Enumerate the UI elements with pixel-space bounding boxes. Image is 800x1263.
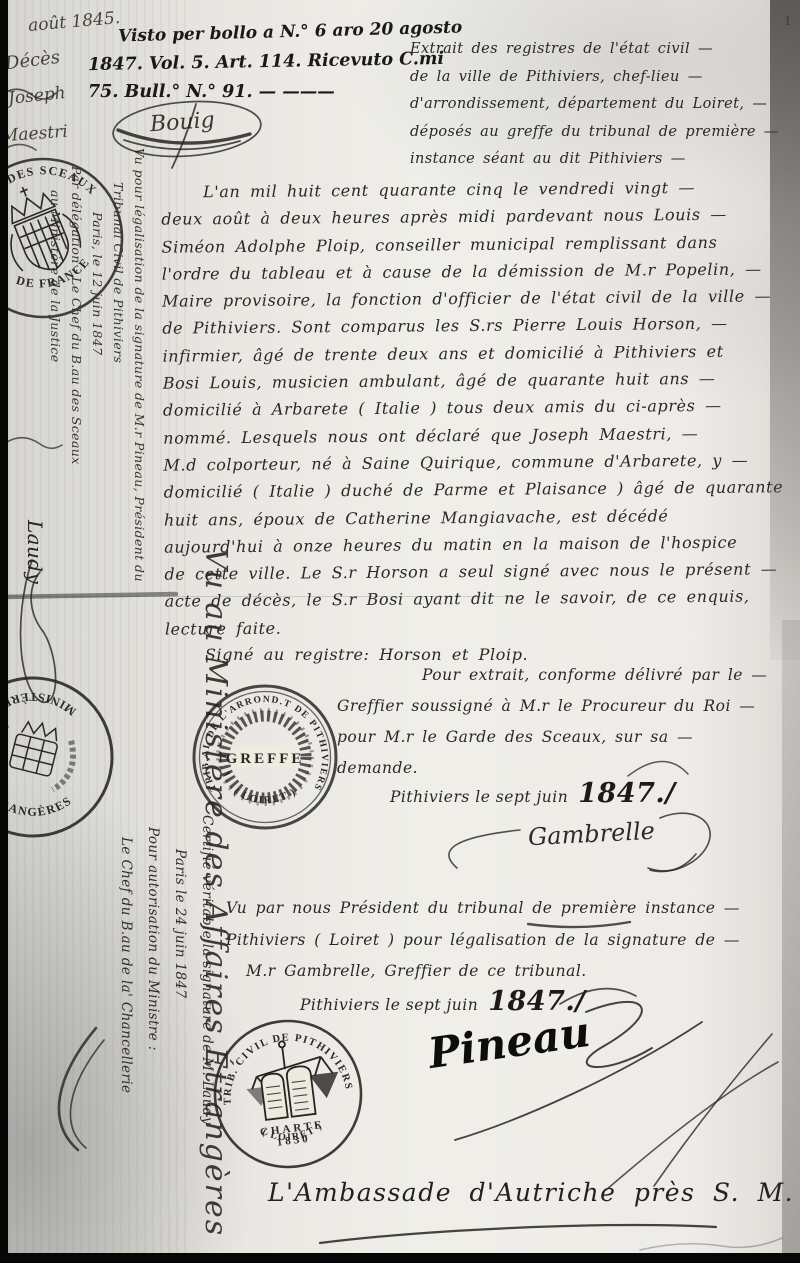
greffier-year: 1847./ xyxy=(578,778,675,809)
greffier-cert-line: Pour extrait, conforme délivré par le — xyxy=(422,660,767,691)
greffier-place-date: Pithiviers le sept juin xyxy=(390,788,568,806)
scan-edge-right-top xyxy=(770,0,800,660)
greffe-stamp-center-text: GREFFE xyxy=(226,751,305,767)
foreign-legalisation-note: Certifié véritable la signature de M. La… xyxy=(55,815,220,1263)
heading-line: d'arrondissement, département du Loiret,… xyxy=(410,91,778,119)
act-body: L'an mil huit cent quarante cinq le vend… xyxy=(161,173,777,642)
greffier-signature: Gambrelle xyxy=(527,817,655,852)
justice-legalisation-line: au Ministère de la Justice xyxy=(45,190,66,673)
justice-legalisation-line: Tribunal Civil de Pithiviers xyxy=(108,182,129,673)
act-body-line: lecture faite. xyxy=(165,610,777,643)
justice-legalisation-line: Paris, le 12 juin 1847 xyxy=(87,212,108,673)
heading-line: Extrait des registres de l'état civil — xyxy=(410,36,778,64)
scan-edge-right-bottom xyxy=(782,620,800,1263)
foreign-legalisation-line: Certifié véritable la signature de M. La… xyxy=(193,815,220,1263)
greffe-stamp-arc-bottom: ( LOIRET ) xyxy=(231,786,298,806)
greffier-date-line: Pithiviers le sept juin1847./ xyxy=(390,778,676,809)
civil-stamp-year-text: 1830 xyxy=(276,1133,311,1149)
greffier-cert-line: pour M.r le Garde des Sceaux, sur sa — xyxy=(337,722,767,753)
heading-line: déposés au greffe du tribunal de premièr… xyxy=(410,119,778,147)
svg-text:MINISTÈRE: MINISTÈRE xyxy=(0,686,80,719)
revenue-signature: Bouig xyxy=(149,108,215,137)
footer-line: L'Ambassade d'Autriche près S. M. xyxy=(268,1178,794,1207)
president-cert: Vu par nous Président du tribunal de pre… xyxy=(226,893,740,988)
coat-of-arms-icon xyxy=(0,713,80,792)
heading-line: de la ville de Pithiviers, chef-lieu — xyxy=(410,64,778,92)
greffier-cert: Pour extrait, conforme délivré par le —G… xyxy=(337,660,767,784)
president-cert-line: M.r Gambrelle, Greffier de ce tribunal. xyxy=(246,956,740,988)
bottom-faint-scrawl xyxy=(640,1238,782,1250)
foreign-legalisation-line: Le Chef du B.au de la' Chancellerie xyxy=(112,837,139,1263)
foreign-legalisation-line: Pour autorisation du Ministre : xyxy=(139,827,166,1263)
act-body-line: acte de décès, le S.r Bosi ayant dit ne … xyxy=(165,583,777,616)
president-signature-zigzag xyxy=(586,1002,652,1067)
foreign-legalisation-line: Paris le 24 juin 1847 xyxy=(166,849,193,1263)
president-cert-line: Vu par nous Président du tribunal de pre… xyxy=(226,893,740,925)
scan-edge-left xyxy=(0,0,8,1263)
act-body-line: domicilié ( Italie ) duché de Parme et P… xyxy=(164,474,776,507)
president-place-date: Pithiviers le sept juin xyxy=(300,996,478,1014)
greffier-signature-flourish xyxy=(449,830,520,868)
footer-underline xyxy=(320,1225,716,1243)
scan-edge-bottom xyxy=(0,1253,800,1263)
greffier-cert-line: Greffier soussigné à M.r le Procureur du… xyxy=(337,691,767,722)
document-scan: 1 août 1845. Décès Joseph Maestri Visto … xyxy=(0,0,800,1263)
svg-text:( LOIRET ): ( LOIRET ) xyxy=(231,786,298,806)
revenue-note-line3: 75. Bull.° N.° 91. — ——— xyxy=(88,82,335,102)
heading-block: Extrait des registres de l'état civil —d… xyxy=(410,36,778,174)
foreign-stamp-arc-top: MINISTÈRE xyxy=(0,686,80,719)
president-signature: Pineau xyxy=(425,1007,593,1078)
president-cert-line: Pithiviers ( Loiret ) pour légalisation … xyxy=(226,925,740,957)
heading-line: instance séant au dit Pithiviers — xyxy=(410,146,778,174)
fold-crease xyxy=(0,596,520,597)
